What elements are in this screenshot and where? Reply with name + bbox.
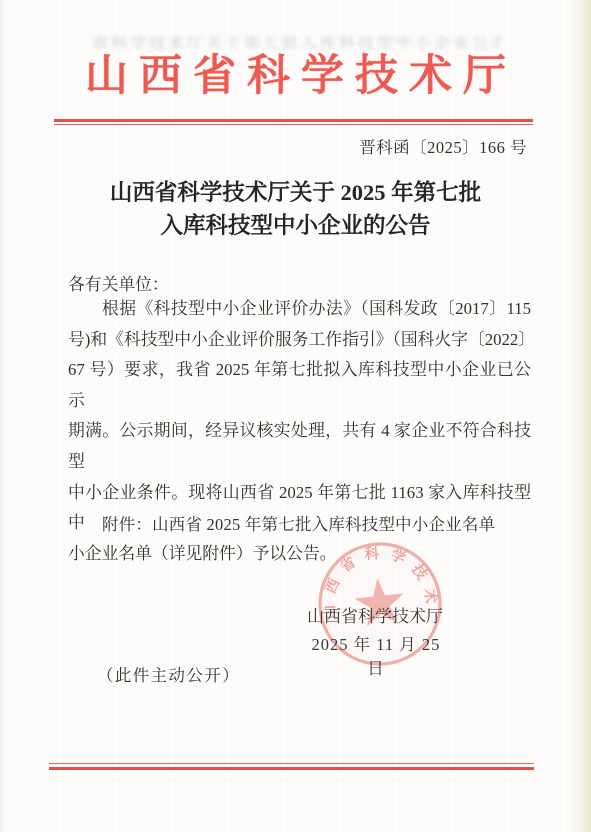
attachment-line: 附件：山西省 2025 年第七批入库科技型中小企业名单 xyxy=(102,511,495,535)
salutation: 各有关单位： xyxy=(68,271,169,295)
body-line: 期满。公示期间，经异议核实处理，共有 4 家企业不符合科技型 xyxy=(68,416,531,477)
header-divider-line xyxy=(54,119,533,125)
document-number: 晋科函〔2025〕166 号 xyxy=(0,134,527,158)
signature-date: 2025 年 11 月 25 日 xyxy=(303,631,449,679)
body-line: 小企业名单（详见附件）予以公告。 xyxy=(68,539,531,570)
disclosure-note: （此件主动公开） xyxy=(97,662,240,686)
body-line: 根据《科技型中小企业评价办法》（国科发政〔2017〕115 xyxy=(68,294,531,325)
footer-divider-line xyxy=(49,763,534,770)
document-title-line1: 山西省科学技术厅关于 2025 年第七批 xyxy=(0,176,591,209)
document-title-line2: 入库科技型中小企业的公告 xyxy=(0,209,591,242)
body-line: 号)和《科技型中小企业评价服务工作指引》（国科火字〔2022〕 xyxy=(68,325,531,356)
scanned-official-document: 省科学技术厅关于第七批入库科技型中小企业公告名单批件 山西省科学技术厅 晋科函〔… xyxy=(0,0,591,832)
document-title: 山西省科学技术厅关于 2025 年第七批 入库科技型中小企业的公告 xyxy=(0,176,591,242)
bleed-through-text: 省科学技术厅关于第七批入库科技型中小企业公告名单批件 xyxy=(92,31,502,52)
agency-masthead: 山西省科学技术厅 xyxy=(0,55,591,98)
body-line: 67 号）要求，我省 2025 年第七批拟入库科技型中小企业已公示 xyxy=(68,355,531,416)
signature-agency: 山西省科学技术厅 xyxy=(305,602,445,627)
